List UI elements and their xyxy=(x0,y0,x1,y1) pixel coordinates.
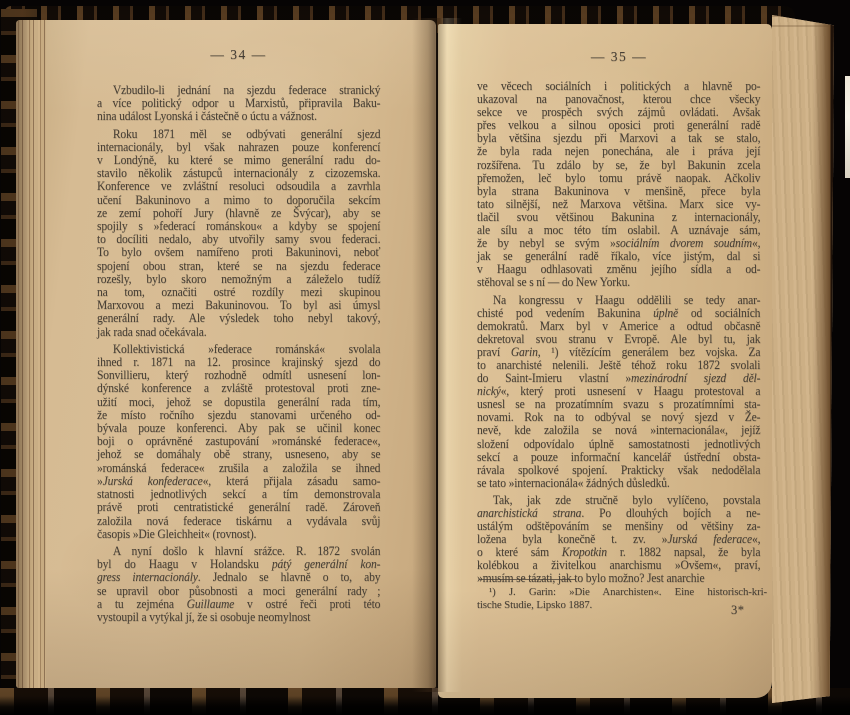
text-line: stěhoval se s ní — do New Yorku. xyxy=(477,276,760,289)
left-page-edge-stack xyxy=(16,20,46,688)
photo-edge-highlight xyxy=(845,76,850,178)
text-line: ¹) J. Garin: »Die Anarchisten«. Eine his… xyxy=(477,586,767,599)
text-line: se tato »internacionála« žádných důsledk… xyxy=(477,477,760,490)
text-line: tische Studie, Lipsko 1887. xyxy=(477,599,767,612)
text-line: vystoupil a vytýkal jí, že si osobuje ne… xyxy=(97,611,380,624)
right-page-fore-edge xyxy=(772,15,834,703)
footnote: ¹) J. Garin: »Die Anarchisten«. Eine his… xyxy=(477,579,767,613)
footnote-rule xyxy=(479,579,575,580)
text-line: časopis »Die Gleichheit« (rovnost). xyxy=(97,528,380,541)
book-photo: — 34 — Vzbudilo-li jednání na sjezdu fed… xyxy=(0,0,850,715)
text-line: nina událost Lyonská i částečně o úctu a… xyxy=(97,110,380,123)
footnote-text: ¹) J. Garin: »Die Anarchisten«. Eine his… xyxy=(477,586,767,613)
text-line: jak rada snad očekávala. xyxy=(97,326,380,339)
left-page-text: Vzbudilo-li jednání na sjezdu federace s… xyxy=(97,84,380,624)
right-page-text: ve věcech sociálních i politických a hla… xyxy=(477,80,760,586)
left-page-number: — 34 — xyxy=(97,47,380,63)
right-page-number: — 35 — xyxy=(477,49,761,65)
printer-signature-mark: 3* xyxy=(731,603,745,618)
